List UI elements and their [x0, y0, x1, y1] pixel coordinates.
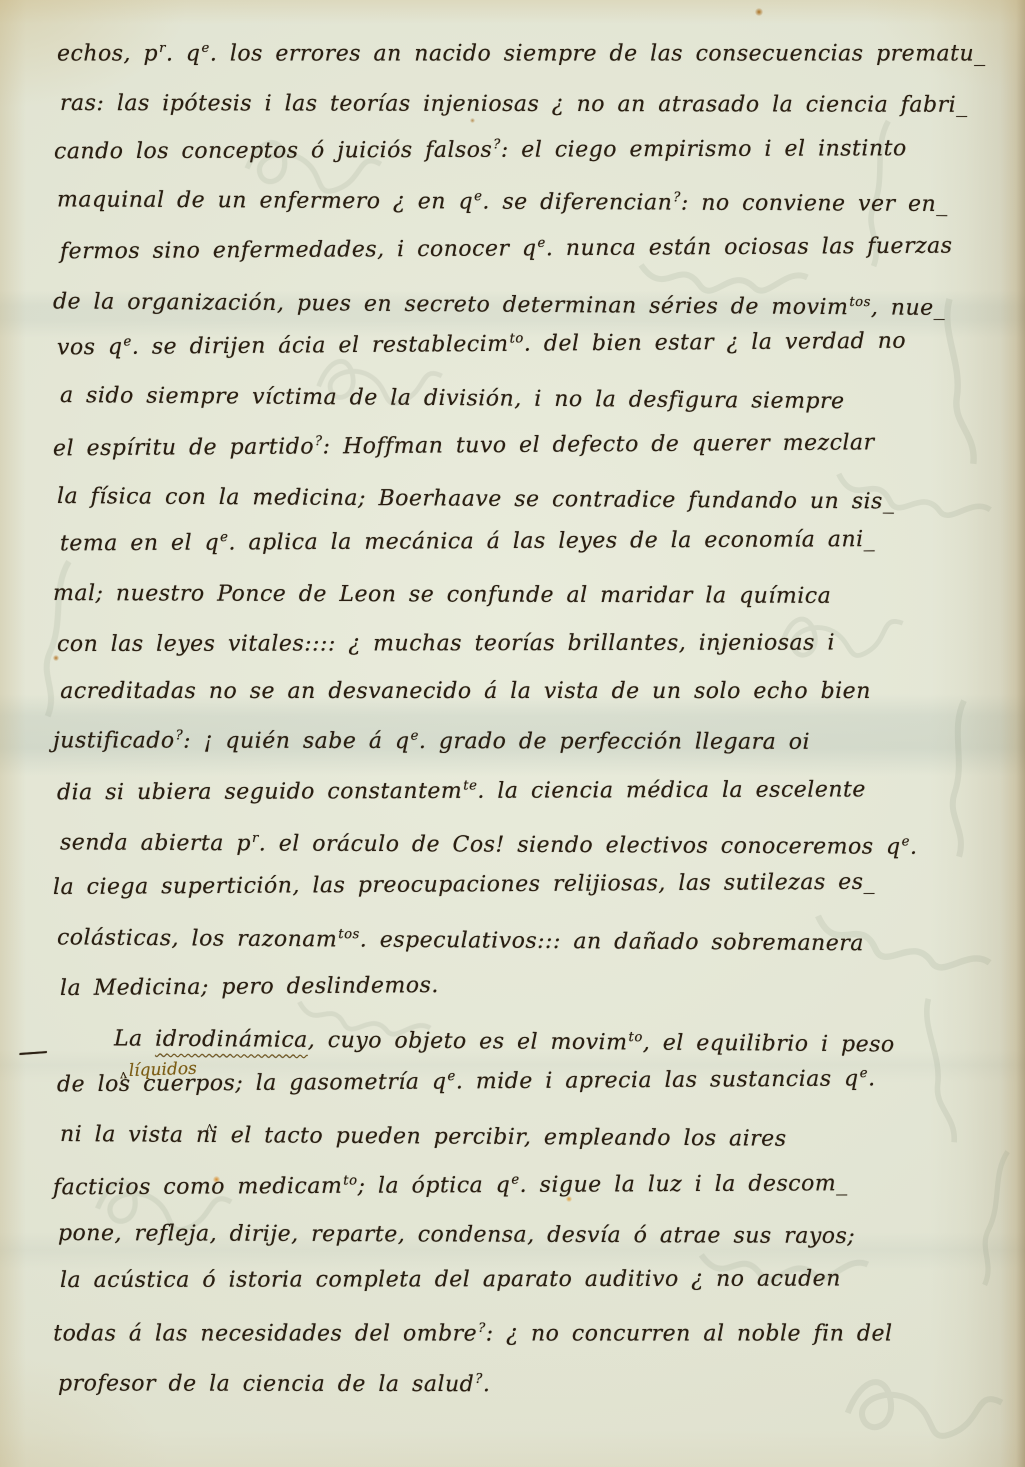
- manuscript-line: echos, pr. qe. los errores an nacido sie…: [57, 42, 986, 65]
- superscript-abbrev: e: [474, 189, 482, 204]
- manuscript-line: justificado?: ¡ quién sabe á qe. grado d…: [53, 729, 810, 754]
- superscript-abbrev: e: [902, 834, 910, 849]
- superscript-abbrev: r: [252, 831, 259, 846]
- paragraph-dash: —: [17, 1033, 47, 1070]
- underlined-term: idrodinámica: [155, 1027, 308, 1053]
- superscript-abbrev: ?: [475, 1372, 483, 1387]
- manuscript-text-block: echos, pr. qe. los errores an nacido sie…: [0, 0, 1025, 1467]
- manuscript-line: fermos sino enfermedades, i conocer qe. …: [60, 234, 953, 263]
- manuscript-line: colásticas, los razonamtos. especulativo…: [57, 926, 864, 955]
- superscript-abbrev: e: [220, 530, 228, 545]
- superscript-abbrev: ?: [493, 137, 501, 152]
- caret-icon: ʌ: [120, 1067, 127, 1081]
- superscript-abbrev: tos: [339, 927, 361, 942]
- superscript-abbrev: e: [411, 729, 419, 744]
- manuscript-line: mal; nuestro Ponce de Leon se confunde a…: [53, 583, 831, 608]
- superscript-abbrev: te: [464, 778, 478, 793]
- superscript-abbrev: e: [512, 1172, 520, 1187]
- manuscript-line: ras: las ipótesis i las teorías injenios…: [60, 93, 968, 117]
- insertion-word: líquidos: [128, 1059, 197, 1081]
- manuscript-line: la Medicina; pero deslindemos.: [60, 975, 439, 1000]
- manuscript-line: tema en el qe. aplica la mecánica á las …: [60, 528, 875, 556]
- manuscript-page: echos, pr. qe. los errores an nacido sie…: [0, 0, 1025, 1467]
- manuscript-line: la acústica ó istoria completa del apara…: [60, 1269, 841, 1292]
- superscript-abbrev: e: [448, 1069, 456, 1084]
- superscript-abbrev: ?: [673, 190, 681, 205]
- manuscript-line: la física con la medicina; Boerhaave se …: [57, 486, 895, 513]
- superscript-abbrev: to: [629, 1030, 643, 1045]
- manuscript-line: ni la vista ni el tacto pueden percibir,…: [60, 1124, 787, 1151]
- superscript-abbrev: ?: [315, 434, 323, 449]
- manuscript-line: a sido siempre víctima de la división, i…: [60, 385, 845, 413]
- superscript-abbrev: to: [510, 331, 524, 346]
- insertion-annotation: ʌlíquidos: [120, 1059, 197, 1082]
- superscript-abbrev: e: [538, 236, 546, 251]
- manuscript-line: el espíritu de partido?: Hoffman tuvo el…: [53, 431, 875, 460]
- manuscript-line: acreditadas no se an desvanecido á la vi…: [60, 681, 871, 703]
- manuscript-line: facticios como medicamto; la óptica qe. …: [53, 1171, 848, 1198]
- manuscript-line: con las leyes vitales:::: ¿ muchas teorí…: [57, 633, 835, 656]
- superscript-abbrev: e: [202, 41, 210, 56]
- manuscript-line: senda abierta pr. el oráculo de Cos! sie…: [60, 831, 918, 859]
- superscript-abbrev: e: [124, 334, 132, 349]
- superscript-abbrev: ?: [478, 1321, 486, 1336]
- manuscript-line: todas á las necesidades del ombre?: ¿ no…: [53, 1322, 892, 1345]
- manuscript-line: dia si ubiera seguido constantemte. la c…: [57, 778, 866, 804]
- superscript-abbrev: e: [860, 1066, 868, 1081]
- superscript-abbrev: r: [159, 41, 166, 56]
- superscript-abbrev: tos: [850, 294, 872, 309]
- manuscript-line: la ciega supertición, las preocupaciones…: [53, 872, 875, 899]
- manuscript-line: profesor de la ciencia de la salud?.: [58, 1372, 490, 1396]
- manuscript-line: cando los conceptos ó juiciós falsos?: e…: [53, 137, 906, 163]
- caret-below-icon: ʌ: [206, 1120, 213, 1135]
- manuscript-line: vos qe. se dirijen ácia el restablecimto…: [57, 329, 906, 359]
- manuscript-line: pone, refleja, dirije, reparte, condensa…: [57, 1223, 854, 1248]
- manuscript-line: La idrodinámica, cuyo objeto es el movim…: [114, 1027, 895, 1056]
- manuscript-line: de la organización, pues en secreto dete…: [53, 290, 945, 320]
- manuscript-line: maquinal de un enfermero ¿ en qe. se dif…: [57, 188, 948, 216]
- superscript-abbrev: ?: [176, 728, 184, 743]
- superscript-abbrev: to: [344, 1173, 358, 1188]
